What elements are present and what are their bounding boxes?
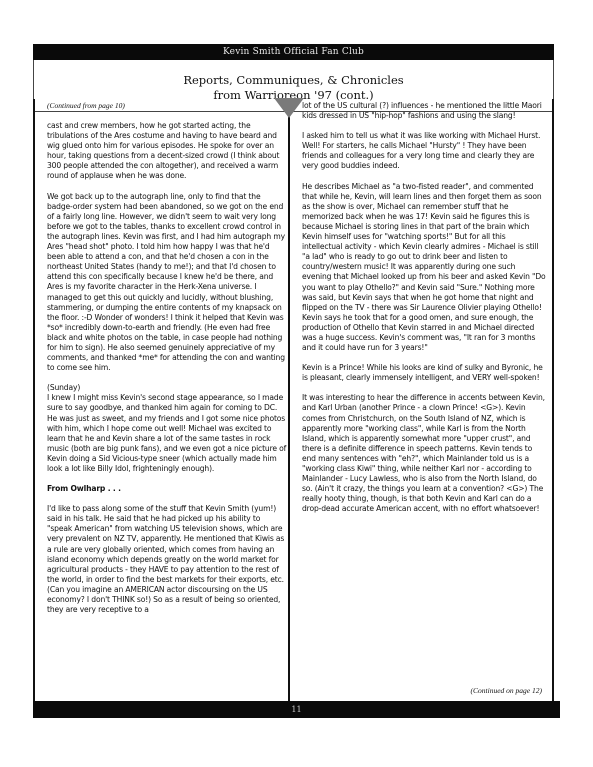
- paragraph: He describes Michael as "a two-fisted re…: [302, 182, 546, 354]
- title-line-1: Reports, Communiques, & Chronicles: [34, 73, 553, 88]
- paragraph: We got back up to the autograph line, on…: [47, 192, 287, 374]
- newsletter-page: Kevin Smith Official Fan Club Reports, C…: [33, 44, 554, 718]
- page-number: 11: [291, 705, 301, 714]
- paragraph: I asked him to tell us what it was like …: [302, 131, 546, 171]
- right-column: lot of the US cultural (?) influences - …: [290, 99, 554, 701]
- paragraph: Kevin is a Prince! While his looks are k…: [302, 363, 546, 383]
- paragraph: cast and crew members, how he got starte…: [47, 121, 287, 182]
- paragraph: It was interesting to hear the differenc…: [302, 393, 546, 514]
- continued-on-note: (Continued on page 12): [471, 686, 542, 695]
- paragraph: lot of the US cultural (?) influences - …: [302, 101, 546, 121]
- section-subhead: From Owlharp . . .: [47, 484, 287, 494]
- paragraph: (Sunday) I knew I might miss Kevin's sec…: [47, 383, 287, 474]
- left-column: (Continued from page 10) cast and crew m…: [33, 99, 290, 701]
- continued-from-note: (Continued from page 10): [47, 101, 125, 110]
- right-column-text: lot of the US cultural (?) influences - …: [302, 101, 546, 524]
- paragraph: I'd like to pass along some of the stuff…: [47, 504, 287, 615]
- footer-bar: 11: [33, 701, 560, 718]
- header-bar: Kevin Smith Official Fan Club: [33, 44, 554, 60]
- article-body: (Continued from page 10) cast and crew m…: [33, 99, 554, 701]
- club-name: Kevin Smith Official Fan Club: [223, 47, 364, 57]
- left-column-text: cast and crew members, how he got starte…: [47, 121, 287, 625]
